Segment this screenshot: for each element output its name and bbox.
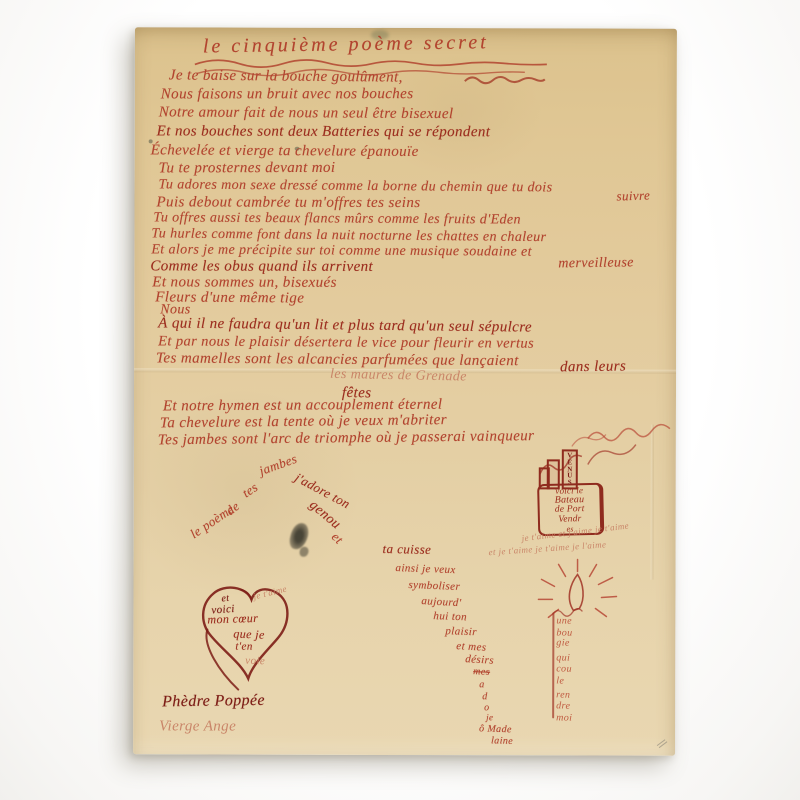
poem-line: suivre [616, 187, 650, 204]
calligram-thigh-word: ô Made [479, 723, 512, 735]
calligram-candle-syllable: cou [556, 663, 572, 674]
calligram-thigh-word: et mes [456, 640, 487, 654]
poem-line: Puis debout cambrée tu m'offres tes sein… [156, 194, 420, 212]
muse-name: Phèdre Poppée [162, 692, 265, 712]
muse-name: Vierge Ange [159, 718, 236, 735]
poem-line: les maures de Grenade [330, 367, 467, 386]
ink-scribble [463, 72, 547, 88]
calligram-thigh-word: mes [473, 666, 490, 678]
calligram-candle-syllable: qui [556, 652, 570, 663]
poem-line: Tu offres aussi tes beaux flancs mûrs co… [153, 210, 521, 228]
calligram-candle-syllable: une [556, 615, 572, 626]
photo-background: le cinquième poème secret VENUS [0, 0, 800, 800]
poem-line: Tes jambes sont l'arc de triomphe où je … [158, 428, 535, 449]
calligram-legs-word: tes [239, 479, 261, 501]
chimney-vertical-text: VENUS [567, 453, 572, 486]
poem-line: Et nos bouches sont deux Batteries qui s… [157, 123, 491, 141]
fold-crease-vertical [651, 425, 654, 580]
candle-flame-drawing [527, 556, 637, 618]
calligram-thigh-word: ta cuisse [382, 541, 431, 558]
calligram-thigh-word: symboliser [408, 579, 460, 593]
poem-line: Comme les obus quand ils arrivent [150, 258, 373, 276]
poem-line: Nous faisons un bruit avec nos bouches [161, 86, 414, 103]
pencil-mark [655, 737, 669, 749]
poem-line: Échevelée et vierge ta chevelure épanouï… [151, 142, 419, 161]
poem-title: le cinquième poème secret [203, 31, 489, 58]
calligram-heart-word: voie [245, 655, 265, 668]
calligram-candle-syllable: moi [556, 712, 572, 723]
calligram-candle-syllable: dre [556, 700, 570, 711]
ink-blot [300, 547, 309, 557]
calligram-thigh-word: hui ton [433, 610, 467, 623]
calligram-candle-syllable: ren [556, 689, 570, 700]
poem-line: Notre amour fait de nous un seul être bi… [159, 104, 454, 123]
candle-body-stroke [552, 612, 554, 718]
poem-line: merveilleuse [558, 255, 634, 272]
calligram-heart-word: t'en [235, 641, 252, 653]
poem-line: Tu te prosternes devant moi [159, 160, 336, 177]
calligram-thigh-word: aujourd' [421, 595, 462, 609]
manuscript-paper: le cinquième poème secret VENUS [133, 27, 677, 755]
poem-line: Et par nous le plaisir désertera le vice… [158, 333, 534, 352]
calligram-candle-syllable: gie [556, 637, 570, 648]
calligram-thigh-word: ainsi je veux [395, 562, 456, 576]
poem-line: dans leurs [560, 358, 626, 376]
calligram-thigh-word: a [479, 679, 484, 690]
calligram-heart-word: mon cœur [207, 611, 258, 628]
calligram-legs-word: jambes [257, 451, 299, 479]
calligram-thigh-word: laine [491, 735, 513, 747]
calligram-thigh-word: plaisir [445, 625, 477, 638]
calligram-thigh-word: d [482, 691, 487, 702]
poem-line: Je te baise sur la bouche goulûment, [169, 67, 403, 86]
calligram-candle-syllable: le [556, 675, 564, 686]
calligram-thigh-word: désirs [465, 653, 494, 667]
love-scribble-line: et je t'aime je t'aime je l'aime [488, 539, 606, 557]
calligram-thigh-word: je [486, 712, 493, 722]
